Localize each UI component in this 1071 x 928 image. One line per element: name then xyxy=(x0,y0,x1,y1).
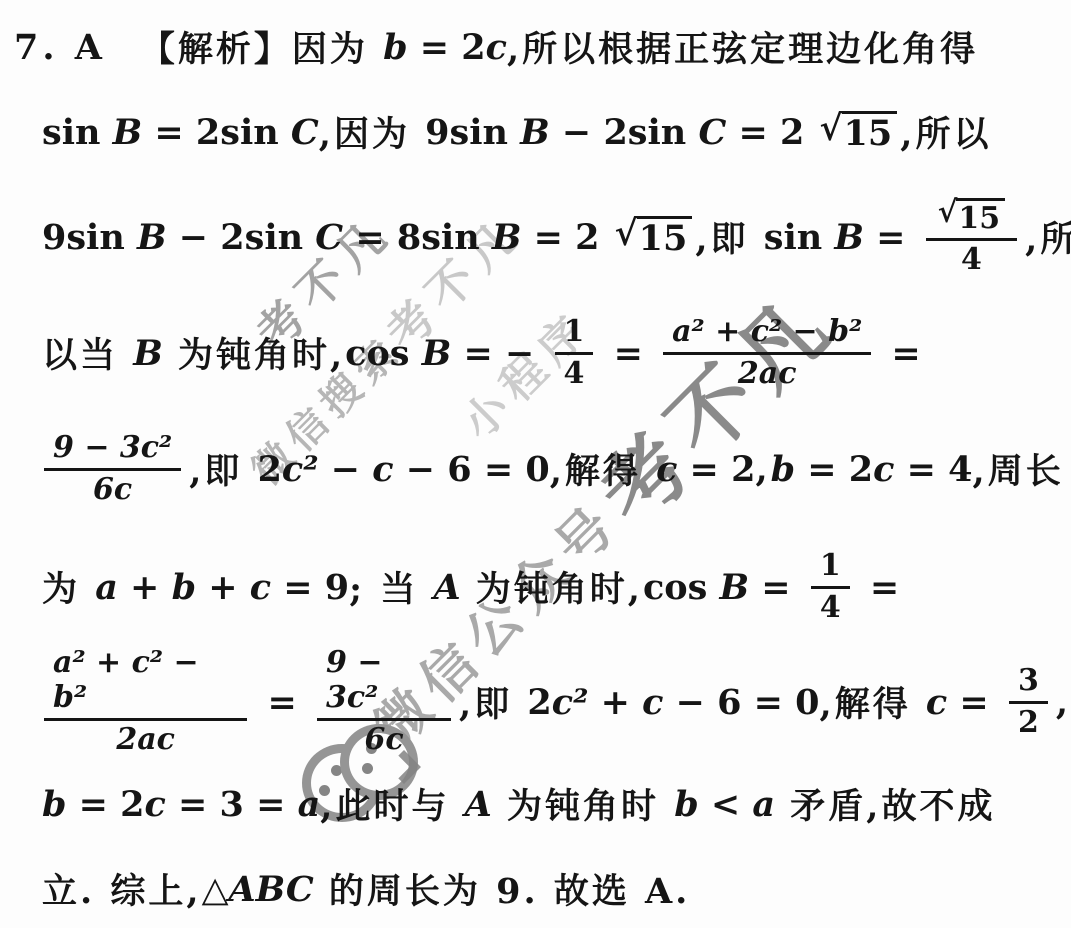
text-run: ,此时与 xyxy=(320,779,464,829)
text-run: ,因为 xyxy=(319,107,425,157)
radical-sign: √ xyxy=(615,216,638,251)
math-variable: b xyxy=(674,784,698,825)
math-run: = 2 xyxy=(795,449,873,490)
text-run: ,即 xyxy=(189,444,257,494)
math-variable: B xyxy=(720,567,750,608)
fraction-denominator: 4 xyxy=(564,355,585,392)
math-variable: c² xyxy=(282,449,319,490)
math-run: 9sin xyxy=(425,112,520,153)
math-run: < xyxy=(699,784,753,825)
math-variable: A xyxy=(433,567,460,608)
fraction-with-radical: √154 xyxy=(926,196,1017,278)
text-run: ,周长 xyxy=(973,444,1064,494)
math-variable: B xyxy=(834,217,864,258)
math-variable: b xyxy=(383,27,407,68)
fraction: 9 − 3c²6c xyxy=(317,646,451,758)
math-run: = xyxy=(858,567,900,608)
math-run: = xyxy=(947,682,1001,723)
text-run: 为钝角时 xyxy=(492,779,674,829)
fraction: 9 − 3c²6c xyxy=(44,431,181,508)
math-run: = xyxy=(255,682,309,723)
math-variable: b xyxy=(172,567,196,608)
fraction-numerator: a² + c² − b² xyxy=(44,646,247,721)
solution-line-4: 以当 B 为钝角时,cos B = − 14 = a² + c² − b²2ac… xyxy=(42,296,1071,410)
math-run: = 3 = xyxy=(166,784,298,825)
fraction-numerator: 9 − 3c² xyxy=(44,431,181,472)
math-variable: c xyxy=(250,567,271,608)
text-run: 为钝角时, xyxy=(163,328,345,378)
solution-line-5: 9 − 3c²6c,即 2c² − c − 6 = 0,解得 c = 2,b =… xyxy=(36,410,1071,528)
fraction: 14 xyxy=(811,549,850,626)
fraction: 14 xyxy=(555,315,594,392)
text-run: ,解得 xyxy=(550,444,656,494)
math-variable: c xyxy=(372,449,393,490)
math-run: 2 xyxy=(258,449,282,490)
math-run: 9sin xyxy=(42,217,137,258)
math-variable: C xyxy=(698,112,726,153)
radical-sign: √ xyxy=(820,111,843,146)
math-variable: c xyxy=(486,27,507,68)
math-run: sin xyxy=(42,112,113,153)
square-root: √15 xyxy=(938,198,1005,235)
math-variable: B xyxy=(422,333,452,374)
math-run: = 2 xyxy=(408,27,486,68)
text-run: 为 xyxy=(42,562,95,612)
text-run: 以当 xyxy=(42,328,133,378)
text-run: ,所以 xyxy=(900,107,991,157)
math-run: = 4 xyxy=(894,449,972,490)
math-run: − 6 = 0 xyxy=(394,449,550,490)
math-variable: a xyxy=(95,567,118,608)
radical-sign: √ xyxy=(938,198,958,228)
math-run: cos xyxy=(643,567,720,608)
math-run: + xyxy=(588,682,642,723)
math-run: △ xyxy=(202,869,229,910)
math-run: − 2sin xyxy=(167,217,316,258)
math-run: 2 xyxy=(527,682,551,723)
fraction-denominator: 2 xyxy=(1018,704,1039,741)
math-variable: a xyxy=(752,784,775,825)
fraction: a² + c² − b²2ac xyxy=(44,646,247,758)
math-variable: B xyxy=(492,217,522,258)
math-variable: B xyxy=(133,333,163,374)
fraction-numerator: a² + c² − b² xyxy=(663,315,871,356)
math-run: = 2 xyxy=(677,449,755,490)
question-number-and-answer: 7. A xyxy=(14,27,106,68)
text-run: ,即 xyxy=(459,677,527,727)
math-variable: C xyxy=(315,217,343,258)
fraction: 32 xyxy=(1009,664,1048,741)
math-run: − 6 = 0 xyxy=(663,682,819,723)
math-variable: b xyxy=(42,784,66,825)
math-run: = − xyxy=(451,333,546,374)
solution-line-9: 立. 综上,△ABC 的周长为 9. 故选 A. xyxy=(42,850,1071,928)
math-variable: B xyxy=(137,217,167,258)
fraction-numerator: 1 xyxy=(811,549,850,590)
math-variable: c xyxy=(926,682,947,723)
text-run: , xyxy=(1056,682,1071,723)
square-root: √15 xyxy=(820,111,898,154)
text-run: ,解得 xyxy=(820,677,926,727)
math-variable: a xyxy=(298,784,321,825)
radicand: 15 xyxy=(637,216,693,259)
fraction: a² + c² − b²2ac xyxy=(663,315,871,392)
math-run: − xyxy=(319,449,373,490)
scanned-answer-page: 考不凡 微信搜索 考不凡 小程序 微信公众号 考不凡 7. A【解析】因为 b … xyxy=(0,0,1071,928)
math-variable: B xyxy=(113,112,143,153)
math-variable: A xyxy=(465,784,492,825)
text-run: ,所以根据正弦定理边化角得 xyxy=(507,22,978,72)
text-run: 立. 综上, xyxy=(42,864,202,914)
fraction-denominator: 6c xyxy=(93,471,132,508)
text-run: ; 当 xyxy=(349,562,433,612)
fraction-denominator: 4 xyxy=(961,241,982,278)
math-variable: c xyxy=(873,449,894,490)
math-variable: c² xyxy=(552,682,589,723)
fraction-numerator: 1 xyxy=(555,315,594,356)
radicand: 15 xyxy=(842,111,898,154)
math-run: sin xyxy=(764,217,835,258)
math-run: = 8sin xyxy=(343,217,492,258)
math-run: − 2sin xyxy=(550,112,699,153)
math-run: = 2 xyxy=(726,112,816,153)
text-run: ,即 xyxy=(695,212,763,262)
text-run: ,所 xyxy=(1025,212,1071,262)
solution-line-2: sin B = 2sin C,因为 9sin B − 2sin C = 2 √1… xyxy=(42,86,1071,178)
math-run: = 2 xyxy=(66,784,144,825)
math-run: = xyxy=(864,217,918,258)
text-run: 【解析】因为 xyxy=(140,22,383,72)
math-variable: C xyxy=(291,112,319,153)
radicand: 15 xyxy=(956,198,1005,235)
math-run: = xyxy=(749,567,803,608)
math-run: + xyxy=(118,567,172,608)
math-run: = 2sin xyxy=(142,112,291,153)
math-variable: b xyxy=(771,449,795,490)
math-variable: c xyxy=(145,784,166,825)
text-run: 为钝角时, xyxy=(461,562,643,612)
fraction-numerator: √15 xyxy=(926,196,1017,241)
solution-line-3: 9sin B − 2sin C = 8sin B = 2 √15,即 sin B… xyxy=(42,178,1071,296)
fraction-denominator: 2ac xyxy=(738,355,797,392)
fraction-denominator: 6c xyxy=(364,721,403,758)
square-root: √15 xyxy=(615,216,693,259)
text-run: 的周长为 9. 故选 A. xyxy=(314,864,691,914)
math-run: = xyxy=(601,333,655,374)
math-run: = 9 xyxy=(271,567,349,608)
solution-line-8: b = 2c = 3 = a,此时与 A 为钝角时 b < a 矛盾,故不成 xyxy=(42,758,1071,850)
math-run: + xyxy=(196,567,250,608)
text-run: 矛盾,故不成 xyxy=(775,779,995,829)
text-run: , xyxy=(755,449,770,490)
solution-line-7: a² + c² − b²2ac = 9 − 3c²6c,即 2c² + c − … xyxy=(36,646,1071,758)
fraction-numerator: 3 xyxy=(1009,664,1048,705)
math-variable: B xyxy=(520,112,550,153)
math-run: cos xyxy=(345,333,422,374)
solution-line-6: 为 a + b + c = 9; 当 A 为钝角时,cos B = 14 = xyxy=(42,528,1071,646)
fraction-denominator: 2ac xyxy=(116,721,175,758)
math-run: = xyxy=(879,333,921,374)
solution-line-1: 7. A【解析】因为 b = 2c,所以根据正弦定理边化角得 xyxy=(14,8,1071,86)
math-variable: ABC xyxy=(228,869,313,910)
fraction-numerator: 9 − 3c² xyxy=(317,646,451,721)
solution-text: 7. A【解析】因为 b = 2c,所以根据正弦定理边化角得sin B = 2s… xyxy=(0,0,1071,928)
math-run: = 2 xyxy=(521,217,611,258)
fraction-denominator: 4 xyxy=(820,589,841,626)
math-variable: c xyxy=(642,682,663,723)
math-variable: c xyxy=(656,449,677,490)
